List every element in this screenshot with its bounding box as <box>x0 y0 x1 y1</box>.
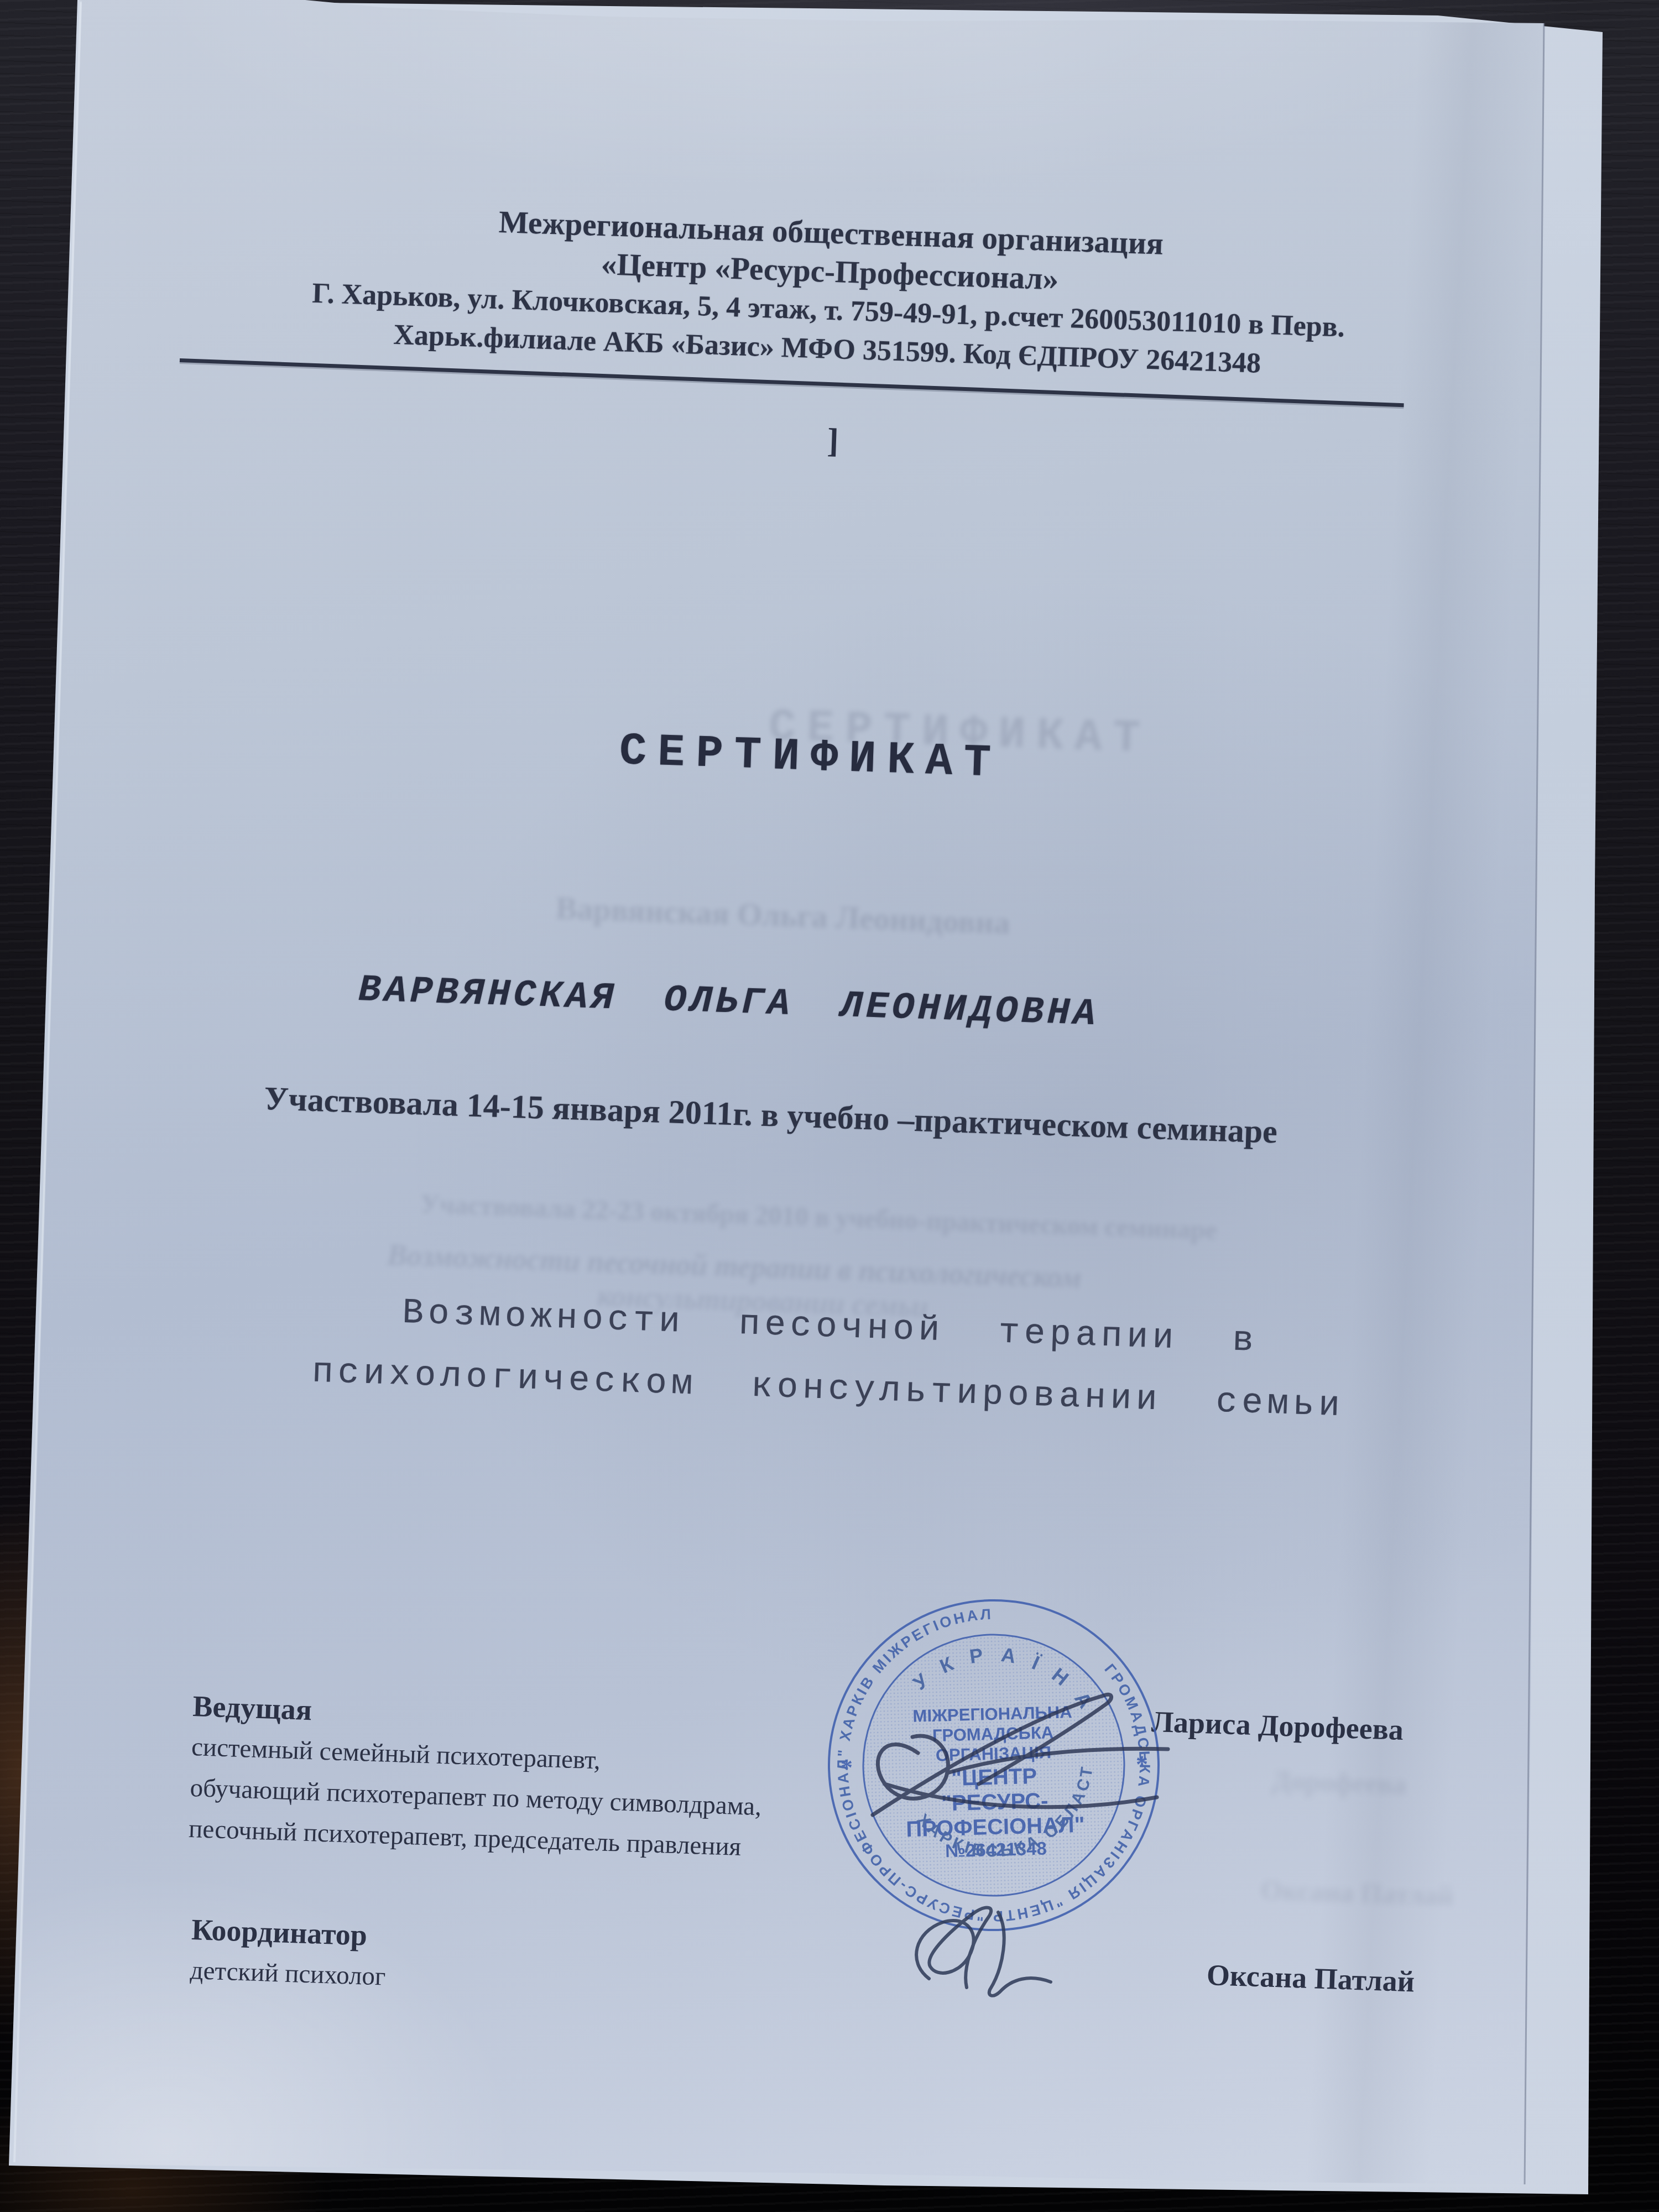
photo-of-certificate-on-dark-wood: { "header": { "line1": "Межрегиональная … <box>0 0 1659 2212</box>
bracket-mark: ] <box>827 421 839 461</box>
coordinator-block: Координатор детский психолог <box>190 1909 388 1997</box>
coordinator-signature <box>885 1879 1123 2017</box>
coordinator-name: Оксана Патлай <box>1206 1958 1415 1999</box>
ghost-signature-name-2: Оксана Патлай <box>1260 1874 1454 1912</box>
coordinator-role: Координатор <box>191 1909 388 1957</box>
leader-signature <box>802 1665 1200 1847</box>
coordinator-credential-1: детский психолог <box>190 1950 387 1997</box>
ghost-signature-name-1: Дорофеева <box>1271 1764 1407 1801</box>
leader-block: Ведущая системный семейный психотерапевт… <box>188 1686 765 1868</box>
